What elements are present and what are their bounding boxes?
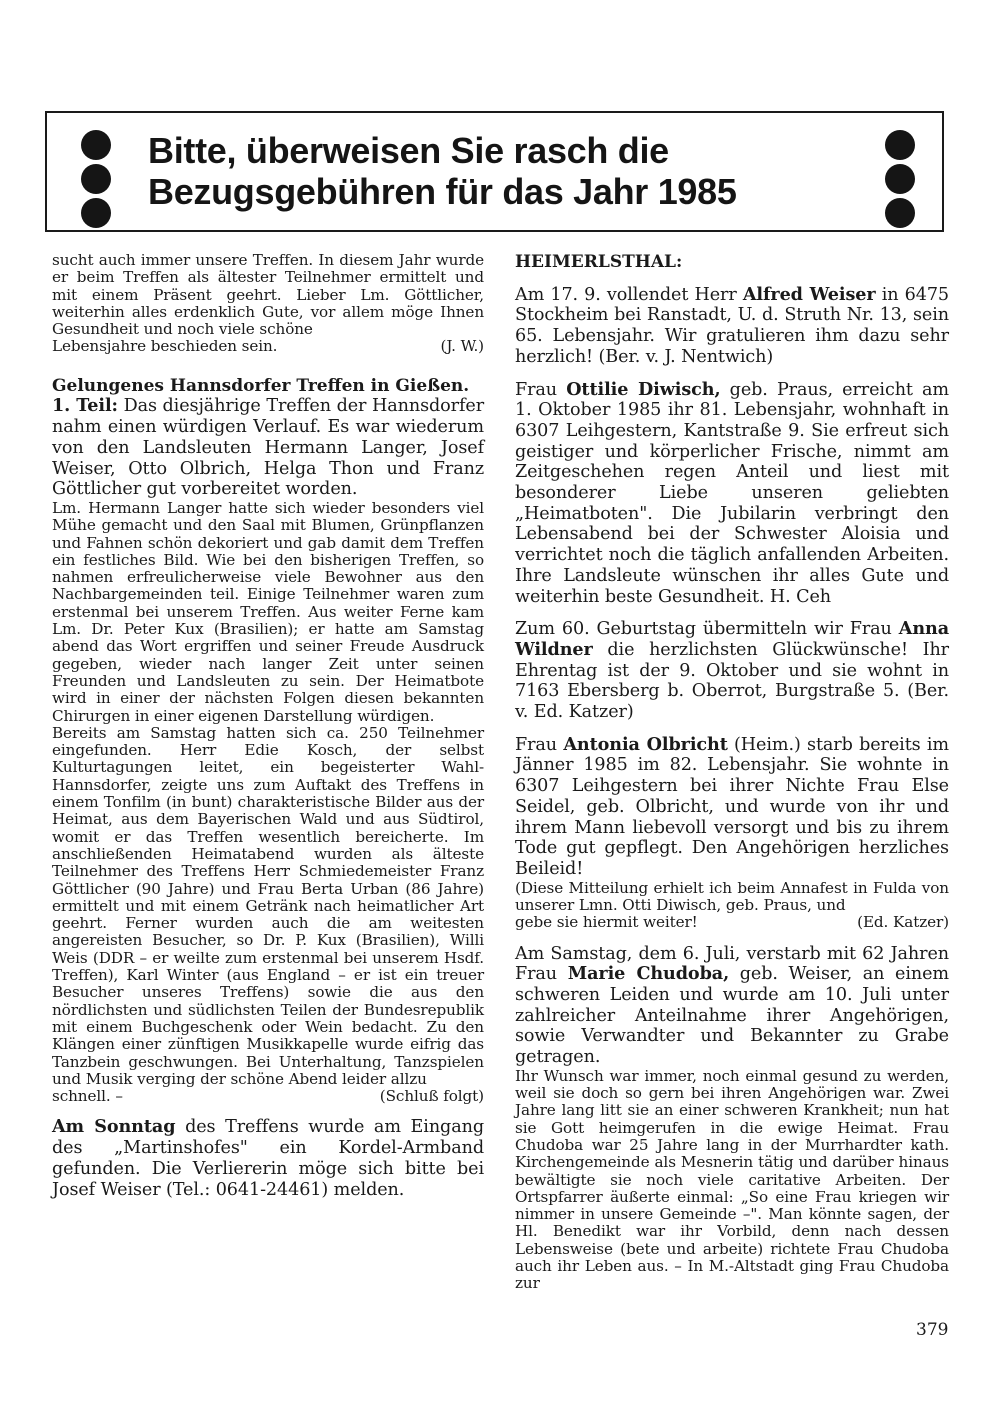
- article-continued-line: schnell. – (Schluß folgt): [52, 1088, 484, 1105]
- obituary-marie-chudoba: Am Samstag, dem 6. Juli, verstarb mit 62…: [515, 944, 949, 1068]
- editor-note-last-line: gebe sie hiermit weiter!: [515, 914, 698, 931]
- bullet-dot-icon: [81, 198, 111, 228]
- editor-note: (Diese Mitteilung erhielt ich beim Annaf…: [515, 880, 949, 932]
- bullet-dot-icon: [885, 164, 915, 194]
- left-column: sucht auch immer unsere Treffen. In dies…: [52, 252, 484, 1200]
- entry-name: Ottilie Diwisch,: [566, 379, 720, 400]
- editor-note-signature-line: gebe sie hiermit weiter! (Ed. Katzer): [515, 914, 949, 931]
- section-heading-heimerlsthal: HEIMERLSTHAL:: [515, 252, 949, 273]
- entry-name: Marie Chudoba,: [568, 963, 729, 984]
- entry-text: (Heim.) starb bereits im Jänner 1985 im …: [515, 735, 949, 879]
- entry-name: Antonia Olbricht: [563, 734, 727, 755]
- entry-text: Zum 60. Geburtstag übermitteln wir Frau: [515, 619, 892, 639]
- obituary-continued: Ihr Wunsch war immer, noch einmal gesund…: [515, 1068, 949, 1293]
- page-number: 379: [916, 1320, 948, 1340]
- intro-text: sucht auch immer unsere Treffen. In dies…: [52, 252, 484, 338]
- editor-note-text: (Diese Mitteilung erhielt ich beim Annaf…: [515, 880, 949, 915]
- entry-text: Am 17. 9. vollendet Herr: [515, 285, 737, 305]
- bullet-dot-icon: [885, 198, 915, 228]
- title-line-1: Bitte, überweisen Sie rasch die: [148, 130, 669, 171]
- payment-reminder-box: Bitte, überweisen Sie rasch die Bezugsge…: [45, 111, 944, 232]
- entry-text: geb. Praus, erreicht am 1. Oktober 1985 …: [515, 380, 949, 607]
- intro-signature: (J. W.): [441, 338, 485, 355]
- intro-paragraph: sucht auch immer unsere Treffen. In dies…: [52, 252, 484, 356]
- article-headline: Gelungenes Hannsdorfer Treffen in Gießen…: [52, 376, 484, 397]
- bullet-dot-icon: [81, 130, 111, 160]
- part-label: 1. Teil:: [52, 395, 118, 416]
- entry-name: Alfred Weiser: [743, 284, 876, 305]
- entry-antonia-olbricht: Frau Antonia Olbricht (Heim.) starb bere…: [515, 735, 949, 880]
- bullet-dot-icon: [885, 130, 915, 160]
- article-paragraph-1: Lm. Hermann Langer hatte sich wieder bes…: [52, 500, 484, 725]
- left-bullet-group: [81, 130, 111, 228]
- entry-alfred-weiser: Am 17. 9. vollendet Herr Alfred Weiser i…: [515, 285, 949, 368]
- right-column: HEIMERLSTHAL: Am 17. 9. vollendet Herr A…: [515, 252, 949, 1293]
- intro-signature-line: Lebensjahre beschieden sein. (J. W.): [52, 338, 484, 355]
- entry-text: Frau: [515, 380, 557, 400]
- entry-anna-wildner: Zum 60. Geburtstag übermitteln wir Frau …: [515, 619, 949, 723]
- article-paragraph-2-end: schnell. –: [52, 1088, 123, 1105]
- title-line-2: Bezugsgebühren für das Jahr 1985: [148, 171, 737, 212]
- right-bullet-group: [885, 130, 915, 228]
- intro-last-line: Lebensjahre beschieden sein.: [52, 338, 277, 355]
- article-lead: 1. Teil: Das diesjährige Treffen der Han…: [52, 396, 484, 500]
- continued-note: (Schluß folgt): [380, 1088, 484, 1105]
- payment-reminder-title: Bitte, überweisen Sie rasch die Bezugsge…: [148, 130, 737, 212]
- found-notice-lead: Am Sonntag: [52, 1116, 175, 1137]
- entry-text: Frau: [515, 735, 557, 755]
- bullet-dot-icon: [81, 164, 111, 194]
- editor-note-signature: (Ed. Katzer): [857, 914, 949, 931]
- entry-ottilie-diwisch: Frau Ottilie Diwisch, geb. Praus, erreic…: [515, 380, 949, 608]
- article-paragraph-2: Bereits am Samstag hatten sich ca. 250 T…: [52, 725, 484, 1088]
- found-item-notice: Am Sonntag des Treffens wurde am Eingang…: [52, 1117, 484, 1200]
